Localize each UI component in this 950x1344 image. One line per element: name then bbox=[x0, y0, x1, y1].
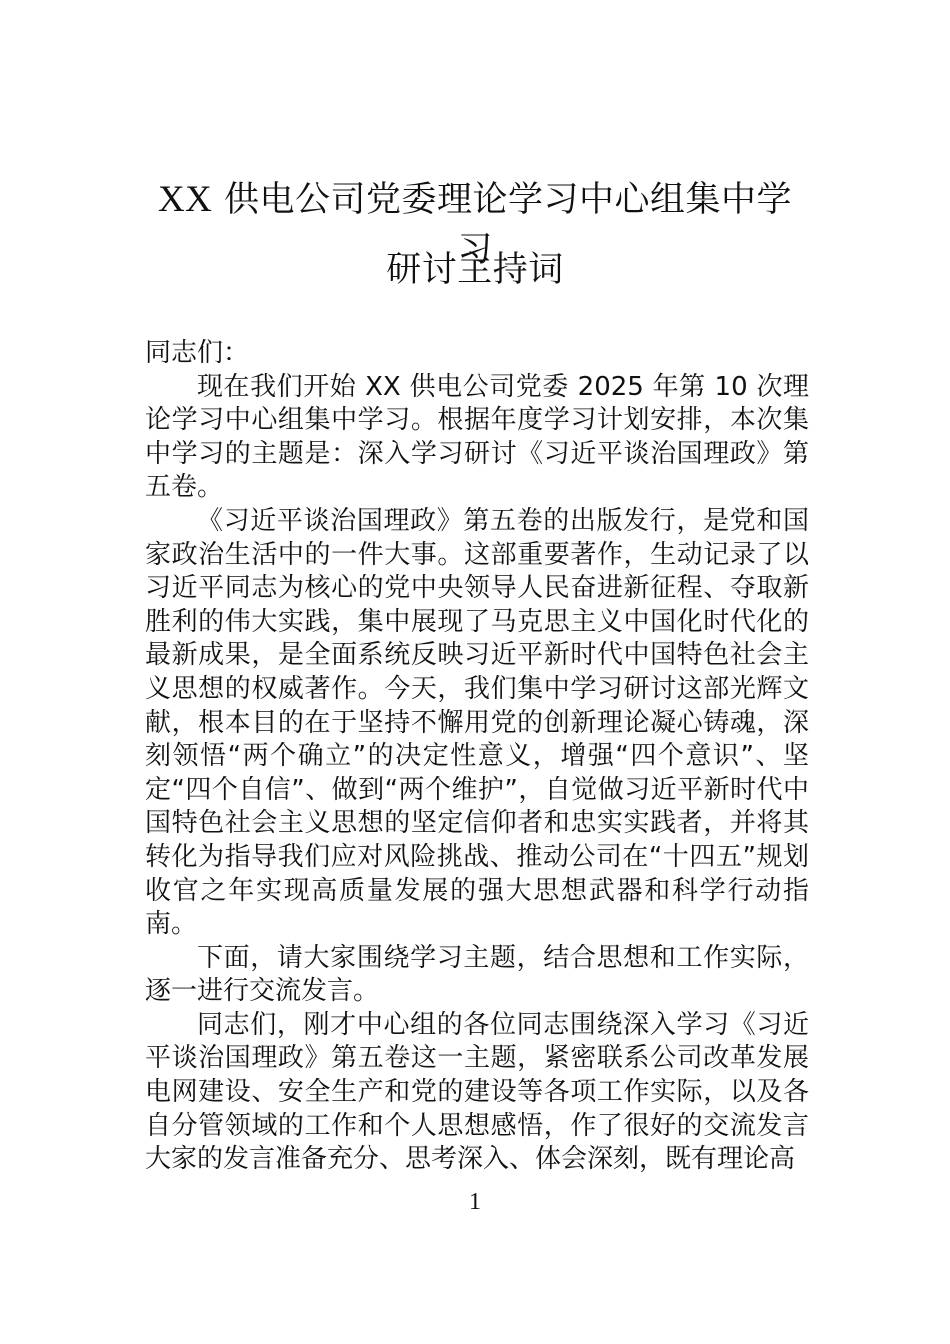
document-body: 同志们： 现在我们开始 XX 供电公司党委 2025 年第 10 次理论学习中心… bbox=[145, 337, 809, 1177]
title-company-code: XX bbox=[158, 179, 212, 220]
paragraph-4: 同志们，刚才中心组的各位同志围绕深入学习《习近平谈治国理政》第五卷这一主题，紧密… bbox=[145, 1009, 809, 1177]
document-title-line-2: 研讨主持词 bbox=[143, 242, 807, 292]
document-page: XX 供电公司党委理论学习中心组集中学习 研讨主持词 同志们： 现在我们开始 X… bbox=[0, 0, 950, 1344]
paragraph-3: 下面，请大家围绕学习主题，结合思想和工作实际，逐一进行交流发言。 bbox=[145, 942, 809, 1009]
paragraph-1: 现在我们开始 XX 供电公司党委 2025 年第 10 次理论学习中心组集中学习… bbox=[145, 371, 809, 505]
page-number: 1 bbox=[0, 1189, 950, 1216]
paragraph-2: 《习近平谈治国理政》第五卷的出版发行，是党和国家政治生活中的一件大事。这部重要著… bbox=[145, 505, 809, 942]
salutation: 同志们： bbox=[145, 337, 809, 371]
